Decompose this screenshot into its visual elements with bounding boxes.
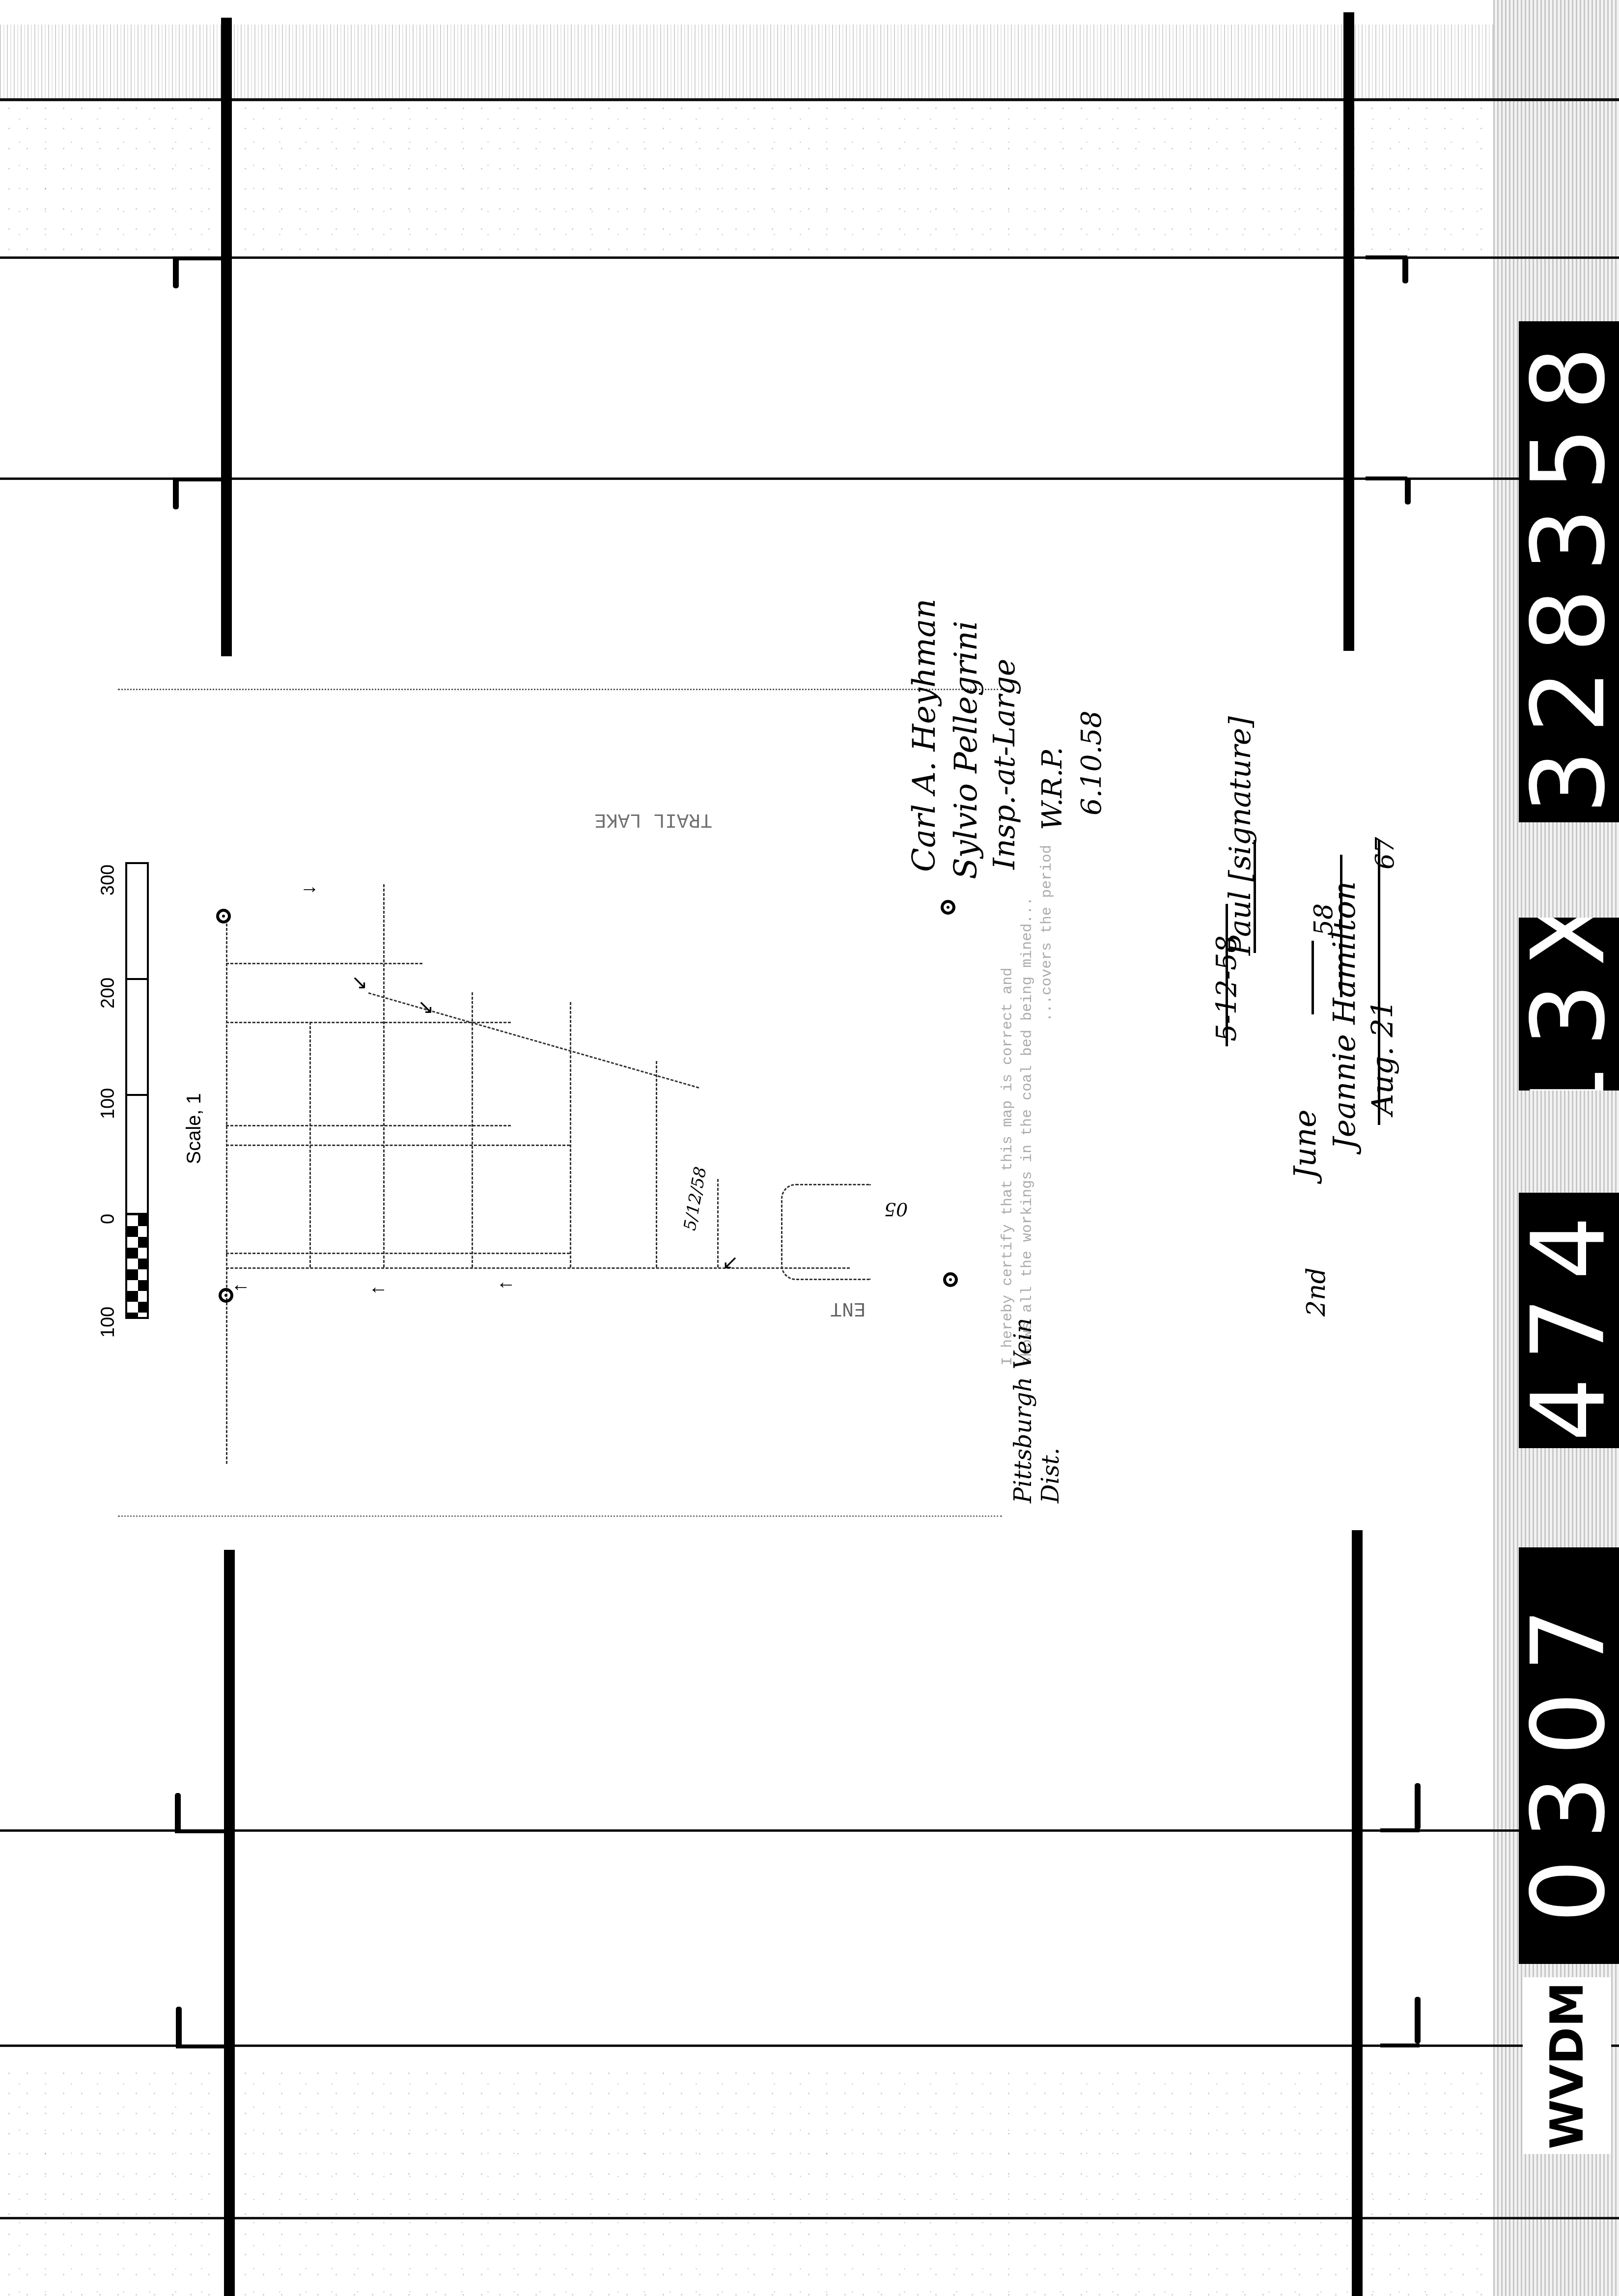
- map-entry: [226, 963, 422, 964]
- map-label-lake: TRAIL LAKE: [594, 808, 712, 830]
- notary-expiry-year: 67: [1370, 837, 1400, 869]
- map-room: [570, 1002, 571, 1267]
- notary-expiry: Aug. 21: [1366, 1000, 1400, 1115]
- engineer-signature: Paul [signature]: [1223, 716, 1257, 955]
- inspector-date: 6.10.58: [1076, 710, 1108, 815]
- notary-expiry-line: [1378, 840, 1380, 1125]
- scale-tick-100: 100: [98, 1074, 119, 1133]
- scale-bar-segment: [125, 1094, 149, 1215]
- map-room: [309, 1022, 311, 1267]
- notary-month: June: [1287, 1110, 1323, 1179]
- arrow-icon: ↘: [351, 973, 368, 992]
- register-mark: [1380, 2044, 1420, 2047]
- arrow-icon: ←: [231, 1275, 251, 1294]
- frame-line-left-bottom: [224, 1550, 235, 2296]
- grid-line-bottom-1: [0, 1829, 1619, 1832]
- register-mark: [173, 256, 222, 260]
- benchmark-icon: [216, 909, 231, 924]
- notary-name-line: [1340, 855, 1342, 997]
- card-number-6: 328358: [1519, 330, 1619, 814]
- inspector-title: Sylvio Pellegrini: [948, 620, 984, 879]
- engineer-signature-line: [1254, 840, 1256, 953]
- map-room: [656, 1061, 657, 1267]
- frame-line-left-top: [221, 18, 232, 656]
- card-number-block-474: 474: [1519, 1193, 1619, 1448]
- card-number-block-13x: 13X: [1519, 918, 1619, 1091]
- card-prefix-text: WVDM: [1541, 1982, 1593, 2150]
- map-entry: [226, 1125, 511, 1126]
- benchmark-icon: [943, 1272, 958, 1287]
- register-mark: [173, 256, 179, 288]
- register-mark: [176, 2044, 225, 2048]
- card-prefix-label: WVDM: [1523, 1977, 1611, 2154]
- inspector-initials: W.R.P.: [1036, 747, 1068, 830]
- grid-line-bottom-2: [0, 2044, 1619, 2047]
- map-room: [717, 1179, 719, 1267]
- arrow-icon: ↘: [418, 997, 434, 1017]
- map-label-route: 05: [884, 1199, 908, 1220]
- notary-date-line: [1312, 941, 1314, 1014]
- inspector-role: Insp.-at-Large: [987, 659, 1022, 869]
- benchmark-icon: [941, 900, 955, 915]
- card-number-block-0307: 0307: [1519, 1547, 1619, 1964]
- register-mark: [173, 477, 179, 509]
- frame-line-right-bottom: [1352, 1530, 1363, 2296]
- arrow-icon: ←: [368, 1277, 388, 1297]
- register-mark: [175, 1829, 224, 1833]
- card-number-block-6: 328358: [1519, 321, 1619, 822]
- scale-tick-100-left: 100: [98, 1293, 119, 1352]
- card-number-474: 474: [1519, 1199, 1619, 1441]
- map-label-entrance: ENT: [830, 1297, 865, 1319]
- card-number-13x: 13X: [1519, 918, 1619, 1091]
- mine-map: → ↘ ↘ ← ← ← ↙ TRAIL LAKE ENT 5/12/58 05: [162, 688, 928, 1523]
- scale-bar-segment: [125, 978, 149, 1096]
- scale-tick-200: 200: [98, 964, 119, 1023]
- arrow-icon: ↙: [722, 1253, 739, 1272]
- scale-tick-300: 300: [98, 851, 119, 910]
- certification-line: I hereby certify that this map is correc…: [1000, 968, 1016, 1366]
- register-mark: [1405, 477, 1411, 504]
- register-mark: [1415, 1997, 1421, 2044]
- certification-line: shows all the workings in the coal bed b…: [1019, 897, 1036, 1366]
- register-mark: [1415, 1783, 1421, 1830]
- frame-line-right-top: [1343, 12, 1354, 651]
- register-mark: [1366, 255, 1407, 259]
- notary-name: Jeannie Hamilton: [1326, 881, 1362, 1149]
- card-number-0307: 0307: [1519, 1588, 1619, 1923]
- register-mark: [1402, 256, 1408, 283]
- map-portal: [781, 1184, 871, 1280]
- map-room: [472, 992, 473, 1267]
- register-mark: [1380, 1828, 1420, 1832]
- map-room: [383, 884, 385, 1267]
- scale-bar-segment: [125, 862, 149, 980]
- scale-tick-0: 0: [98, 1190, 119, 1249]
- register-mark: [1366, 476, 1407, 480]
- map-road: [226, 1253, 570, 1254]
- register-mark: [173, 477, 222, 481]
- grid-line-top-1: [0, 98, 1619, 101]
- scale-bar-checker: [125, 1213, 149, 1319]
- register-mark: [175, 1793, 181, 1832]
- district-note: Pittsburgh Vein Dist.: [1009, 1307, 1064, 1503]
- map-entry: [226, 1145, 570, 1146]
- arrow-icon: ←: [496, 1272, 516, 1292]
- arrow-icon: →: [300, 877, 319, 896]
- notary-day: 2nd: [1302, 1267, 1331, 1316]
- inspector-name: Carl A. Heyhman: [906, 598, 943, 872]
- scale-bar: 300 200 100 0 100 Scale, 1: [125, 862, 150, 1321]
- grid-line-bottom-3: [0, 2217, 1619, 2219]
- register-mark: [176, 2007, 182, 2047]
- certification-line: ...covers the period: [1039, 845, 1056, 1022]
- map-road: [226, 1267, 850, 1269]
